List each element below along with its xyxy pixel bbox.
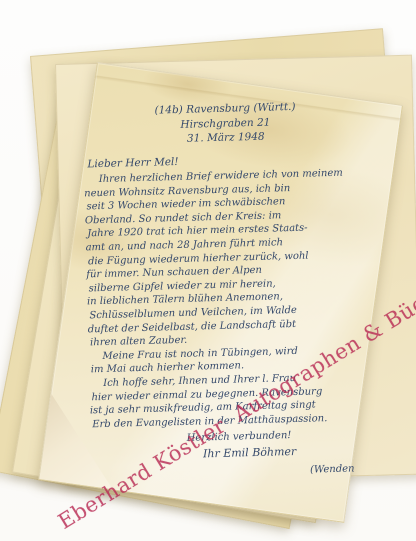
letter-header: (14b) Ravensburg (Württ.) Hirschgraben 2…	[125, 99, 326, 148]
letter-signature: Ihr Emil Böhmer	[203, 443, 358, 461]
letter-photo: (14b) Ravensburg (Württ.) Hirschgraben 2…	[0, 0, 416, 541]
handwriting: (14b) Ravensburg (Württ.) Hirschgraben 2…	[67, 77, 385, 505]
letter-page: (14b) Ravensburg (Württ.) Hirschgraben 2…	[38, 62, 403, 523]
